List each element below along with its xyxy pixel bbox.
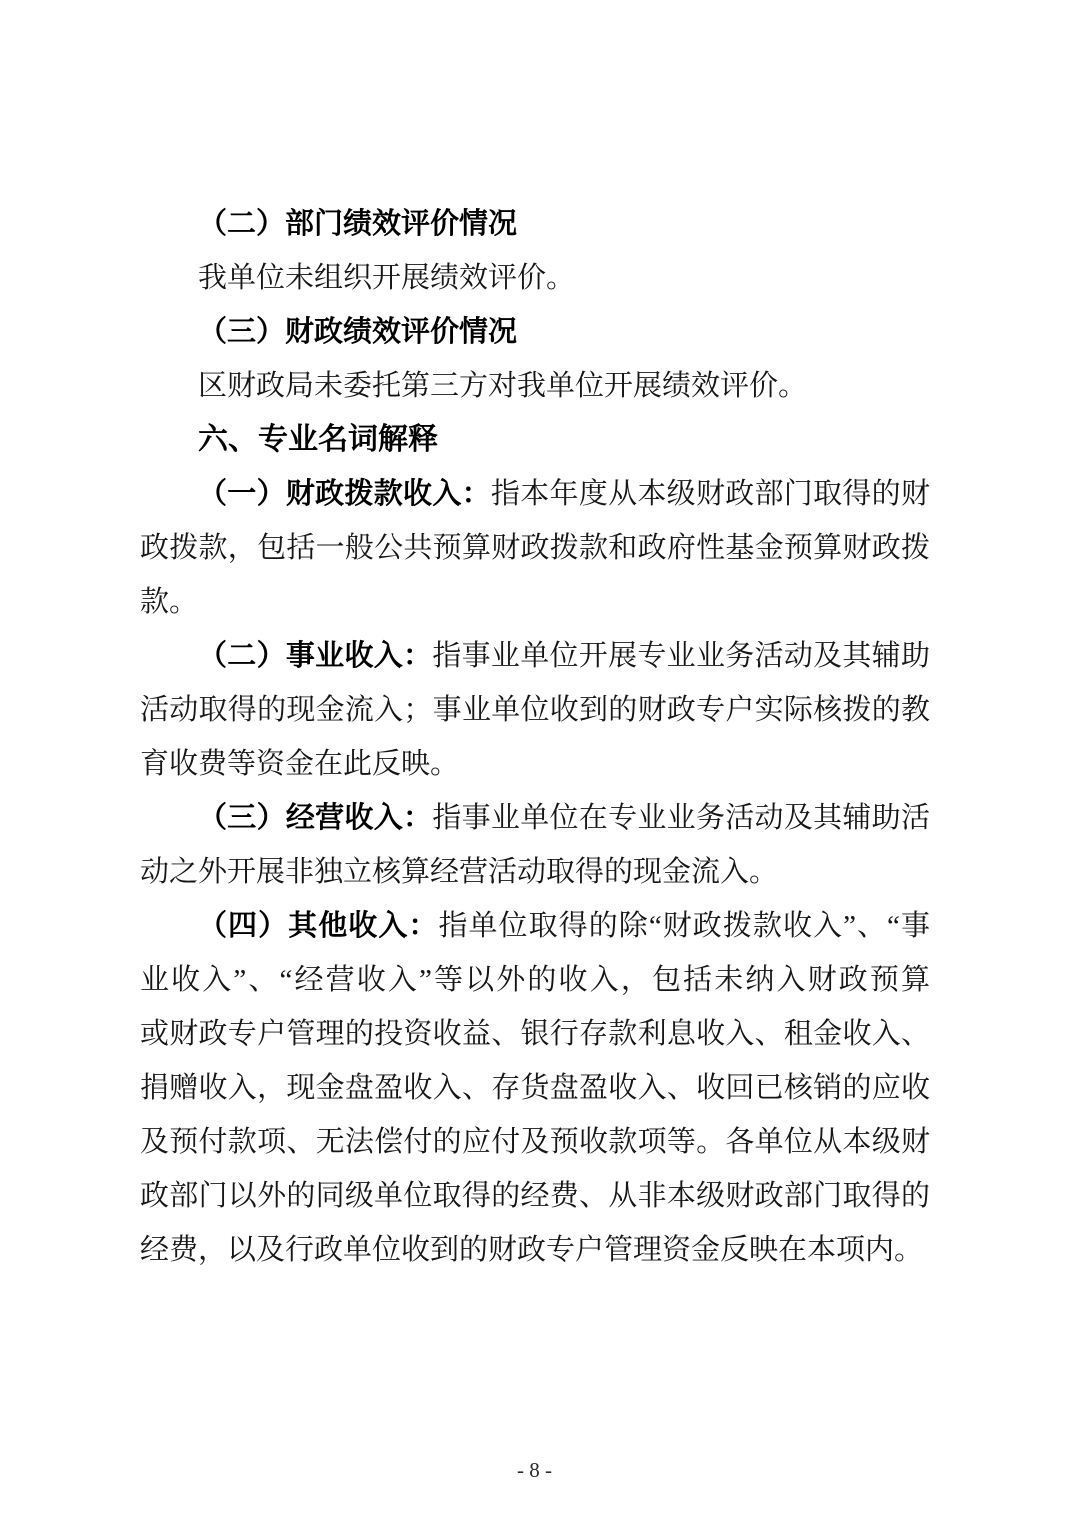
term-line: （三）经营收入：指事业单位在专业业务活动及其辅助活 [140, 791, 930, 845]
term-lead-operating-income: （二）事业收入： [198, 640, 432, 672]
document-body: （二）部门绩效评价情况 我单位未组织开展绩效评价。 （三）财政绩效评价情况 区财… [140, 197, 930, 1277]
paragraph-line: 我单位未组织开展绩效评价。 [140, 251, 930, 305]
term-line: 及预付款项、无法偿付的应付及预收款项等。各单位从本级财 [140, 1115, 930, 1169]
subheading-dept-performance-evaluation: （二）部门绩效评价情况 [140, 197, 930, 251]
term-line: 经费，以及行政单位收到的财政专户管理资金反映在本项内。 [140, 1223, 930, 1277]
section-heading-terminology: 六、专业名词解释 [140, 413, 930, 467]
term-line: 捐赠收入，现金盘盈收入、存货盘盈收入、收回已核销的应收 [140, 1061, 930, 1115]
term-lead-fiscal-appropriation-income: （一）财政拨款收入： [198, 478, 491, 510]
term-text: 指事业单位开展专业业务活动及其辅助 [432, 640, 930, 672]
term-line: （四）其他收入：指单位取得的除“财政拨款收入”、“事 [140, 899, 930, 953]
term-text: 指单位取得的除“财政拨款收入”、“事 [438, 910, 930, 942]
term-line: 政部门以外的同级单位取得的经费、从非本级财政部门取得的 [140, 1169, 930, 1223]
term-line: 业收入”、“经营收入”等以外的收入，包括未纳入财政预算 [140, 953, 930, 1007]
term-line: （二）事业收入：指事业单位开展专业业务活动及其辅助 [140, 629, 930, 683]
term-line: 或财政专户管理的投资收益、银行存款利息收入、租金收入、 [140, 1007, 930, 1061]
term-line: 款。 [140, 575, 930, 629]
paragraph-line: 区财政局未委托第三方对我单位开展绩效评价。 [140, 359, 930, 413]
term-line: 动之外开展非独立核算经营活动取得的现金流入。 [140, 845, 930, 899]
page-number: - 8 - [0, 1458, 1069, 1483]
document-page: （二）部门绩效评价情况 我单位未组织开展绩效评价。 （三）财政绩效评价情况 区财… [0, 0, 1069, 1515]
term-lead-other-income: （四）其他收入： [198, 910, 438, 942]
term-line: 育收费等资金在此反映。 [140, 737, 930, 791]
term-text: 指本年度从本级财政部门取得的财 [491, 478, 930, 510]
term-line: 政拨款，包括一般公共预算财政拨款和政府性基金预算财政拨 [140, 521, 930, 575]
term-line: （一）财政拨款收入：指本年度从本级财政部门取得的财 [140, 467, 930, 521]
term-text: 指事业单位在专业业务活动及其辅助活 [432, 802, 930, 834]
term-line: 活动取得的现金流入；事业单位收到的财政专户实际核拨的教 [140, 683, 930, 737]
subheading-fiscal-performance-evaluation: （三）财政绩效评价情况 [140, 305, 930, 359]
term-lead-business-income: （三）经营收入： [198, 802, 432, 834]
